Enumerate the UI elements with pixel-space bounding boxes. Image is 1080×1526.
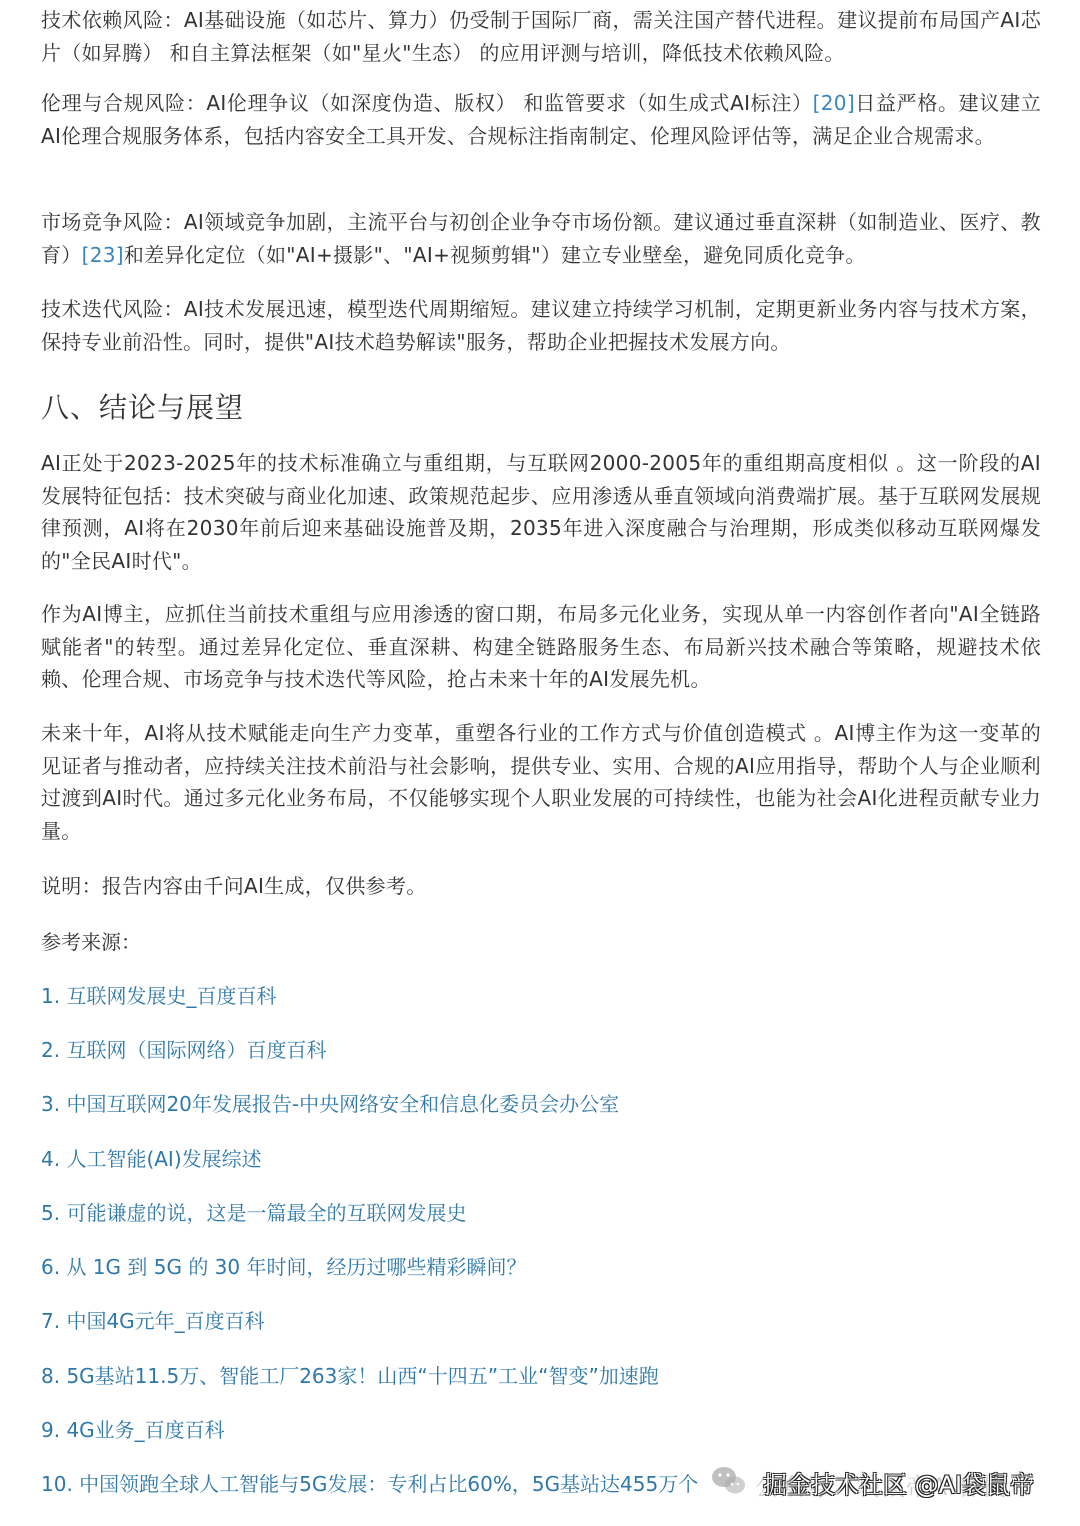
- reference-link-9[interactable]: 9. 4G业务_百度百科: [41, 1415, 225, 1445]
- reference-link-10[interactable]: 10. 中国领跑全球人工智能与5G发展：专利占比60%，5G基站达455万个: [41, 1469, 698, 1499]
- conclusion-paragraph-2: 作为AI博主，应抓住当前技术重组与应用渗透的窗口期，布局多元化业务，实现从单一内…: [41, 598, 1041, 696]
- wechat-icon: [710, 1464, 748, 1498]
- disclaimer-note: 说明：报告内容由千问AI生成，仅供参考。: [41, 870, 1041, 903]
- paragraph-text: 伦理与合规风险：AI伦理争议（如深度伪造、版权） 和监管要求（如生成式AI标注）: [41, 91, 813, 115]
- paragraph-text: 技术迭代风险：AI技术发展迅速，模型迭代周期缩短。建议建立持续学习机制，定期更新…: [41, 297, 1041, 354]
- reference-link-7[interactable]: 7. 中国4G元年_百度百科: [41, 1306, 265, 1336]
- references-label: 参考来源：: [41, 927, 141, 957]
- citation-link-20[interactable]: [20]: [813, 91, 855, 115]
- reference-link-4[interactable]: 4. 人工智能(AI)发展综述: [41, 1144, 262, 1174]
- watermark-faded-text: 公众号 · 袋鼠帝AI客栈: [755, 1467, 1006, 1502]
- conclusion-paragraph-3: 未来十年，AI将从技术赋能走向生产力变革，重塑各行业的工作方式与价值创造模式 。…: [41, 717, 1041, 847]
- paragraph-text: 和差异化定位（如"AI+摄影"、"AI+视频剪辑"）建立专业壁垒，避免同质化竞争…: [124, 243, 866, 267]
- reference-link-2[interactable]: 2. 互联网（国际网络）百度百科: [41, 1035, 326, 1065]
- citation-link-23[interactable]: [23]: [82, 243, 124, 267]
- reference-link-8[interactable]: 8. 5G基站11.5万、智能工厂263家！山西“十四五”工业“智变”加速跑: [41, 1361, 659, 1391]
- watermark-main-text: 掘金技术社区 @AI袋鼠帝: [763, 1465, 1034, 1500]
- conclusion-paragraph-1: AI正处于2023-2025年的技术标准确立与重组期，与互联网2000-2005…: [41, 447, 1041, 577]
- reference-link-3[interactable]: 3. 中国互联网20年发展报告-中央网络安全和信息化委员会办公室: [41, 1089, 619, 1119]
- paragraph-text: 技术依赖风险：AI基础设施（如芯片、算力）仍受制于国际厂商，需关注国产替代进程。…: [41, 8, 1041, 65]
- section-heading: 八、结论与展望: [41, 390, 244, 426]
- paragraph-ethics-compliance-risk: 伦理与合规风险：AI伦理争议（如深度伪造、版权） 和监管要求（如生成式AI标注）…: [41, 87, 1041, 152]
- reference-link-6[interactable]: 6. 从 1G 到 5G 的 30 年时间，经历过哪些精彩瞬间？: [41, 1252, 526, 1282]
- paragraph-tech-iteration-risk: 技术迭代风险：AI技术发展迅速，模型迭代周期缩短。建议建立持续学习机制，定期更新…: [41, 293, 1041, 358]
- reference-link-1[interactable]: 1. 互联网发展史_百度百科: [41, 981, 276, 1011]
- paragraph-market-competition-risk: 市场竞争风险：AI领域竞争加剧，主流平台与初创企业争夺市场份额。建议通过垂直深耕…: [41, 206, 1041, 271]
- reference-link-5[interactable]: 5. 可能谦虚的说，这是一篇最全的互联网发展史: [41, 1198, 466, 1228]
- paragraph-tech-dependency-risk: 技术依赖风险：AI基础设施（如芯片、算力）仍受制于国际厂商，需关注国产替代进程。…: [41, 4, 1041, 69]
- watermark: 公众号 · 袋鼠帝AI客栈 掘金技术社区 @AI袋鼠帝: [755, 1462, 1075, 1502]
